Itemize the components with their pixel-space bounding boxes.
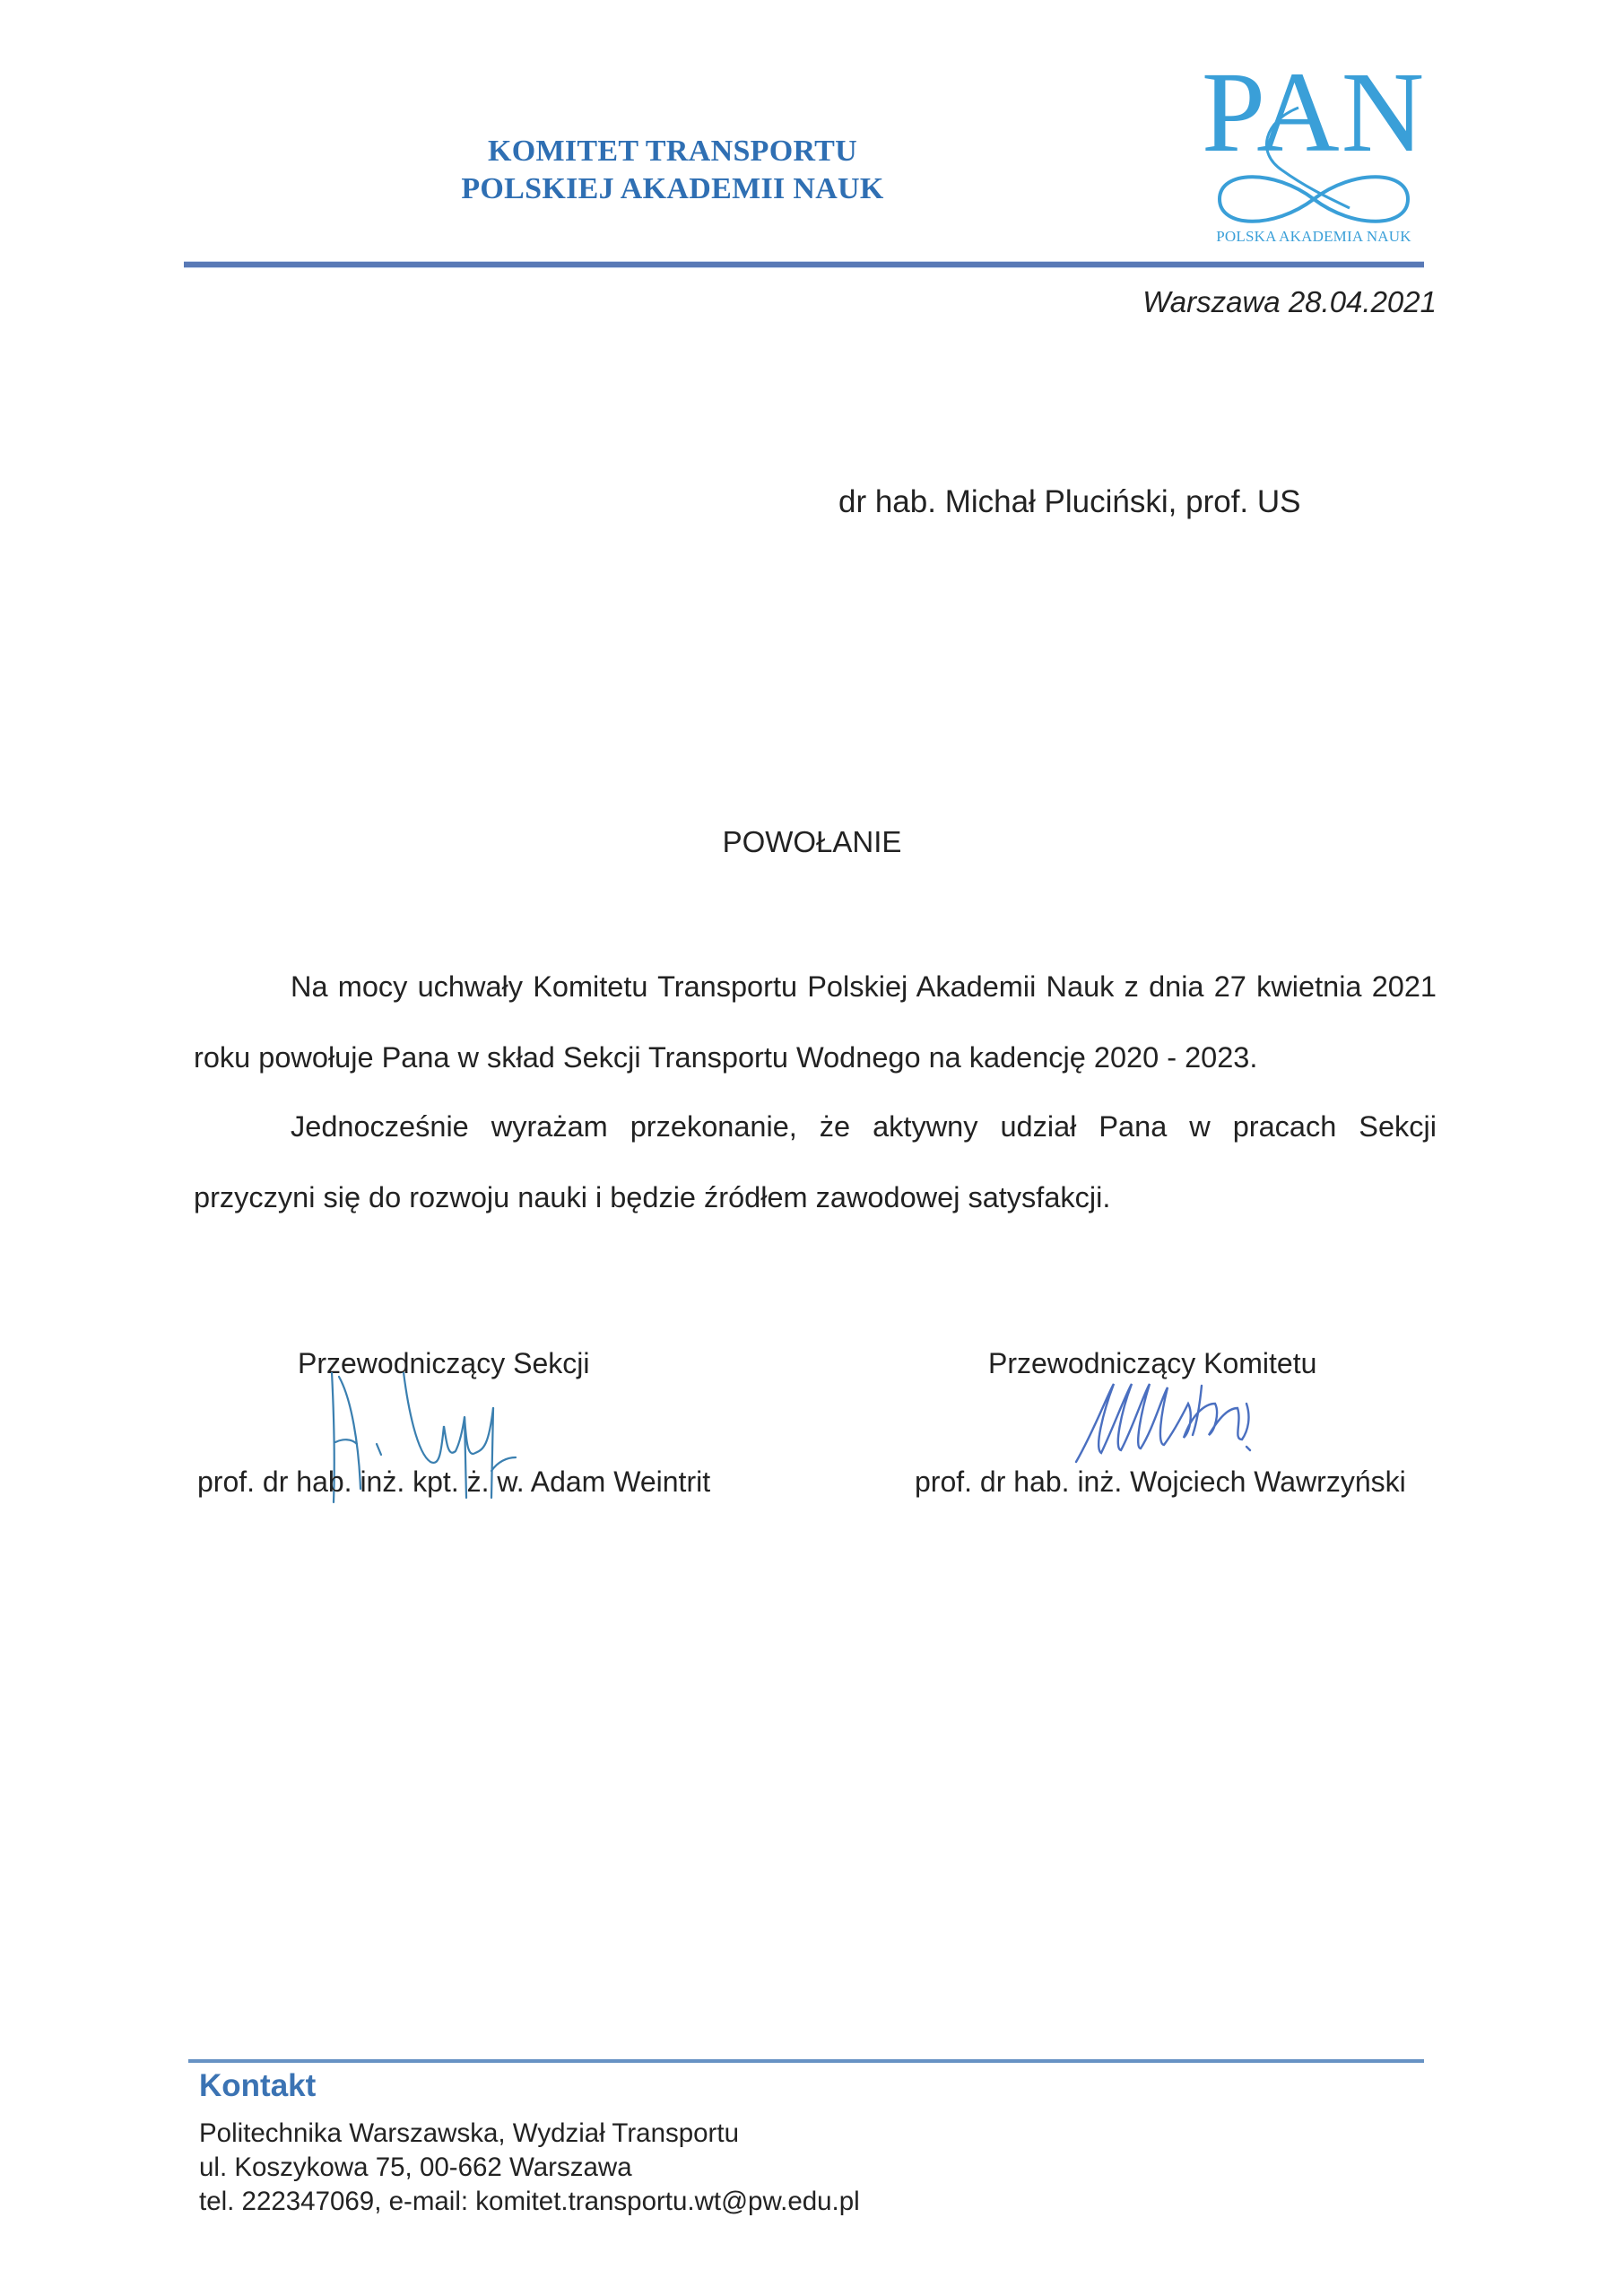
footer-divider [188,2059,1424,2063]
left-signatory-name: prof. dr hab. inż. kpt. ż. w. Adam Weint… [197,1465,710,1499]
document-heading: POWOŁANIE [0,825,1624,859]
paragraph-2-line-1: Jednocześnie wyrażam przekonanie, że akt… [194,1109,1437,1144]
paragraph-1-line-1: Na mocy uchwały Komitetu Transportu Pols… [194,969,1437,1004]
paragraph-1-line-2: roku powołuje Pana w skład Sekcji Transp… [194,1039,1437,1075]
contact-phone-email: tel. 222347069, e-mail: komitet.transpor… [199,2187,860,2217]
organization-title-line2: POLSKIEJ AKADEMII NAUK [359,170,986,208]
right-signatory-name: prof. dr hab. inż. Wojciech Wawrzyński [915,1465,1406,1499]
pan-logo: PAN [1193,54,1435,256]
contact-address-institution: Politechnika Warszawska, Wydział Transpo… [199,2118,739,2149]
organization-title-line1: KOMITET TRANSPORTU [359,133,986,170]
recipient-name: dr hab. Michał Pluciński, prof. US [838,484,1300,520]
logo-letters: PAN [1202,54,1426,176]
header-divider [184,262,1424,267]
pan-infinity-logo-icon: PAN [1193,54,1435,233]
contact-heading: Kontakt [199,2068,316,2104]
left-signatory-role: Przewodniczący Sekcji [298,1347,589,1380]
document-heading-text: POWOŁANIE [723,825,902,858]
signature-scribble-icon [1058,1377,1291,1466]
letter-date: Warszawa 28.04.2021 [897,285,1437,319]
paragraph-2-line-2: przyczyni się do rozwoju nauki i będzie … [194,1179,1437,1215]
logo-caption: POLSKA AKADEMIA NAUK [1193,228,1435,246]
contact-address-street: ul. Koszykowa 75, 00-662 Warszawa [199,2152,632,2183]
right-handwritten-signature [1058,1377,1291,1466]
organization-title: KOMITET TRANSPORTU POLSKIEJ AKADEMII NAU… [359,133,986,208]
right-signatory-role: Przewodniczący Komitetu [988,1347,1316,1380]
